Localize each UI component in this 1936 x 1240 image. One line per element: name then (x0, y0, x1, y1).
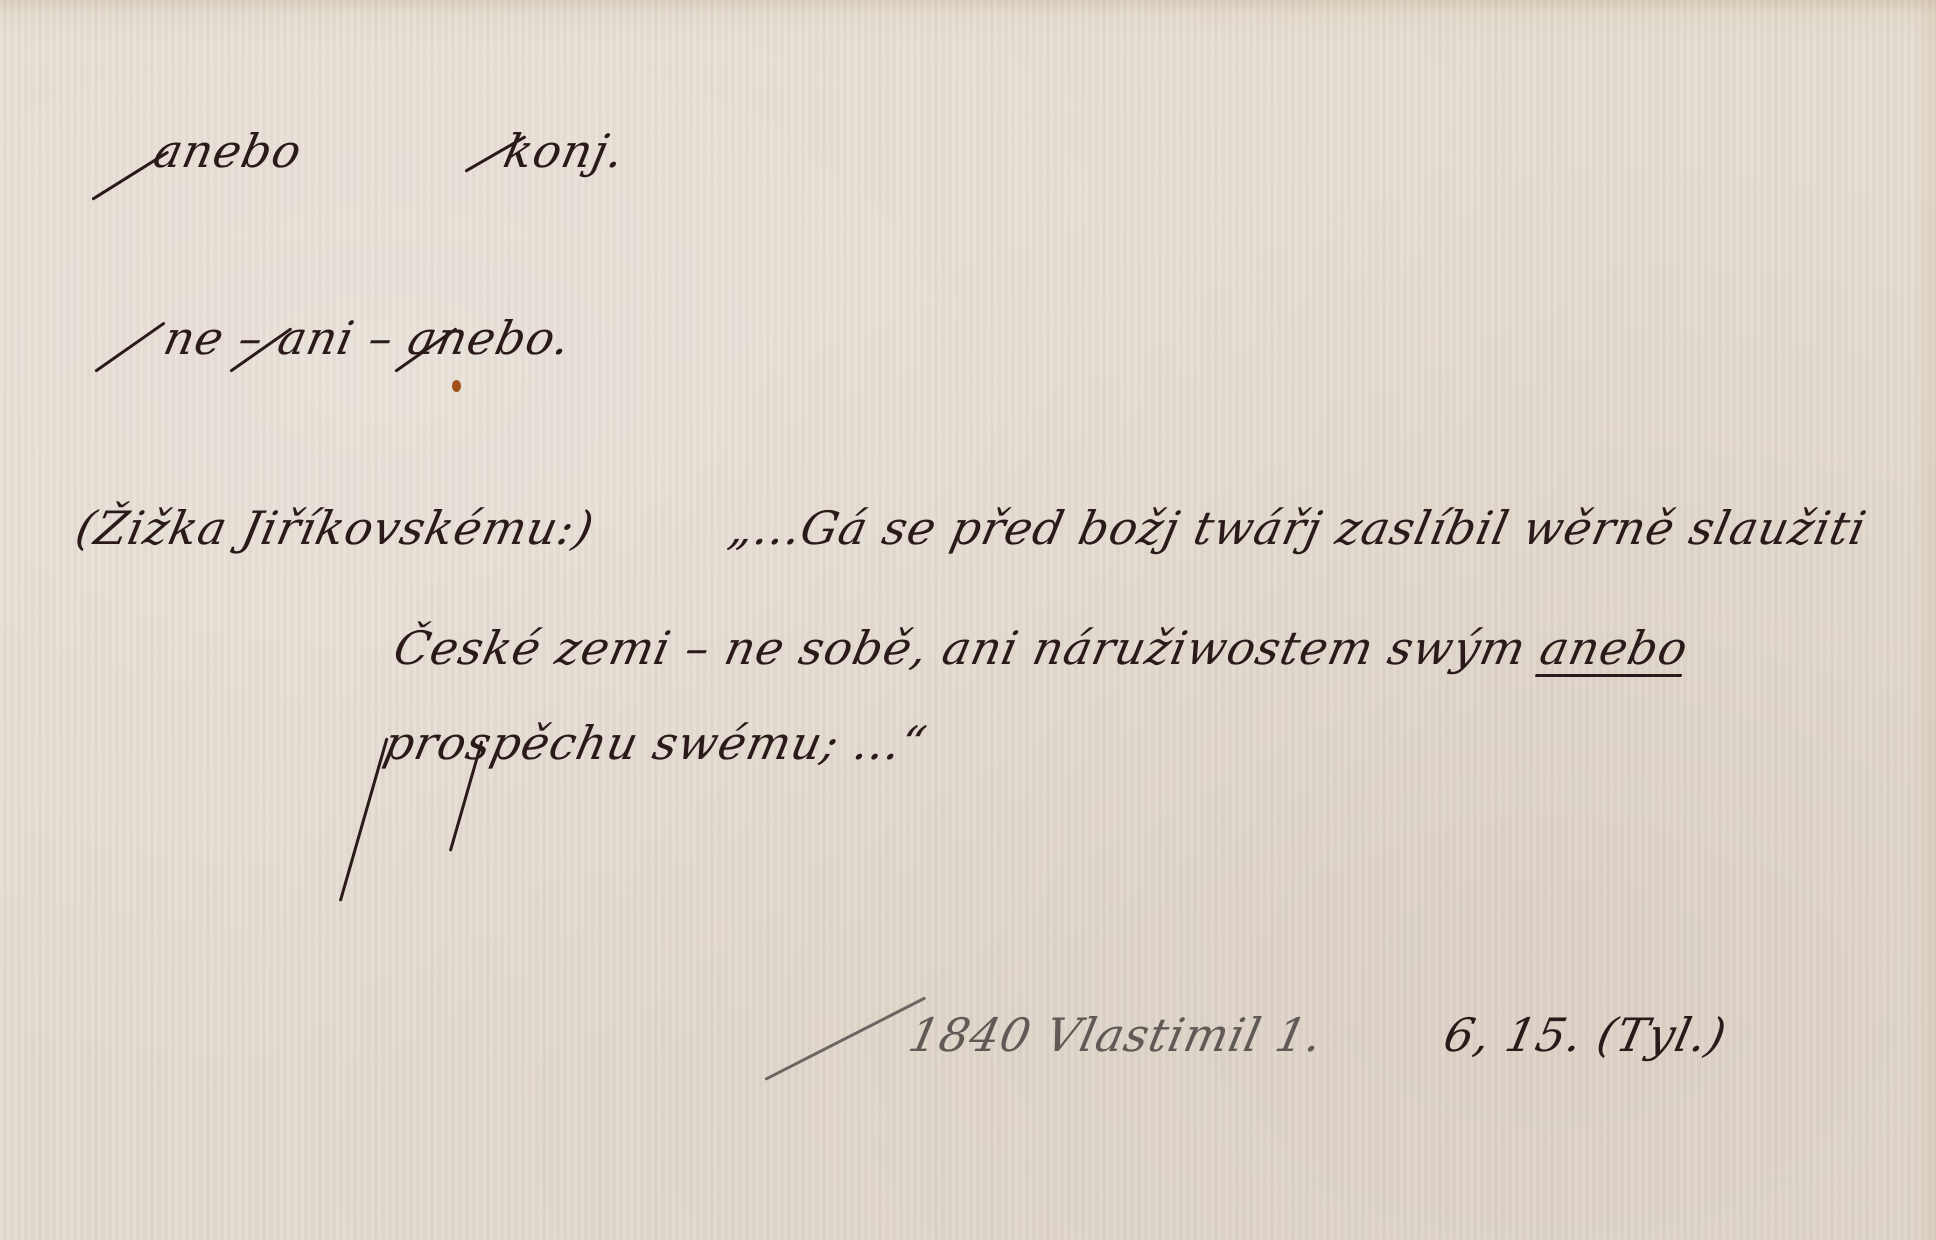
quote-text-2: České zemi – ne sobě, ani náružiwostem s… (389, 621, 1531, 675)
headword: anebo (149, 124, 307, 178)
quote-text-1: „...Gá se před božj twářj zaslíbil wěrně… (724, 501, 1871, 555)
quotation-line-3: prospěchu swému; ...“ (380, 720, 931, 766)
quotation-line-1: „...Gá se před božj twářj zaslíbil wěrně… (725, 505, 1871, 551)
quotation-speaker: (Žižka Jiříkovskému:) (72, 505, 598, 551)
pattern-line: ne – ani – anebo. (160, 315, 575, 361)
quote-text-3: prospěchu swému; ...“ (379, 716, 931, 770)
pattern-text: ne – ani – anebo. (159, 311, 576, 365)
citation-year-source: 1840 Vlastimil (904, 1008, 1266, 1062)
headword-line: anebo (150, 128, 306, 174)
quotation-line-2: České zemi – ne sobě, ani náružiwostem s… (390, 625, 1692, 671)
citation-author: (Tyl.) (1592, 1008, 1731, 1062)
speaker-text: (Žižka Jiříkovskému:) (71, 501, 599, 555)
headword-gloss: konj. (500, 128, 629, 174)
underlined-headword: anebo (1535, 621, 1693, 675)
ink-stain (452, 380, 461, 392)
gloss: konj. (499, 124, 630, 178)
citation-source: 1840 Vlastimil 1. (905, 1012, 1327, 1058)
citation-page: 6, 15. (1439, 1008, 1588, 1062)
citation-page-author: 6, 15. (Tyl.) (1440, 1012, 1731, 1058)
